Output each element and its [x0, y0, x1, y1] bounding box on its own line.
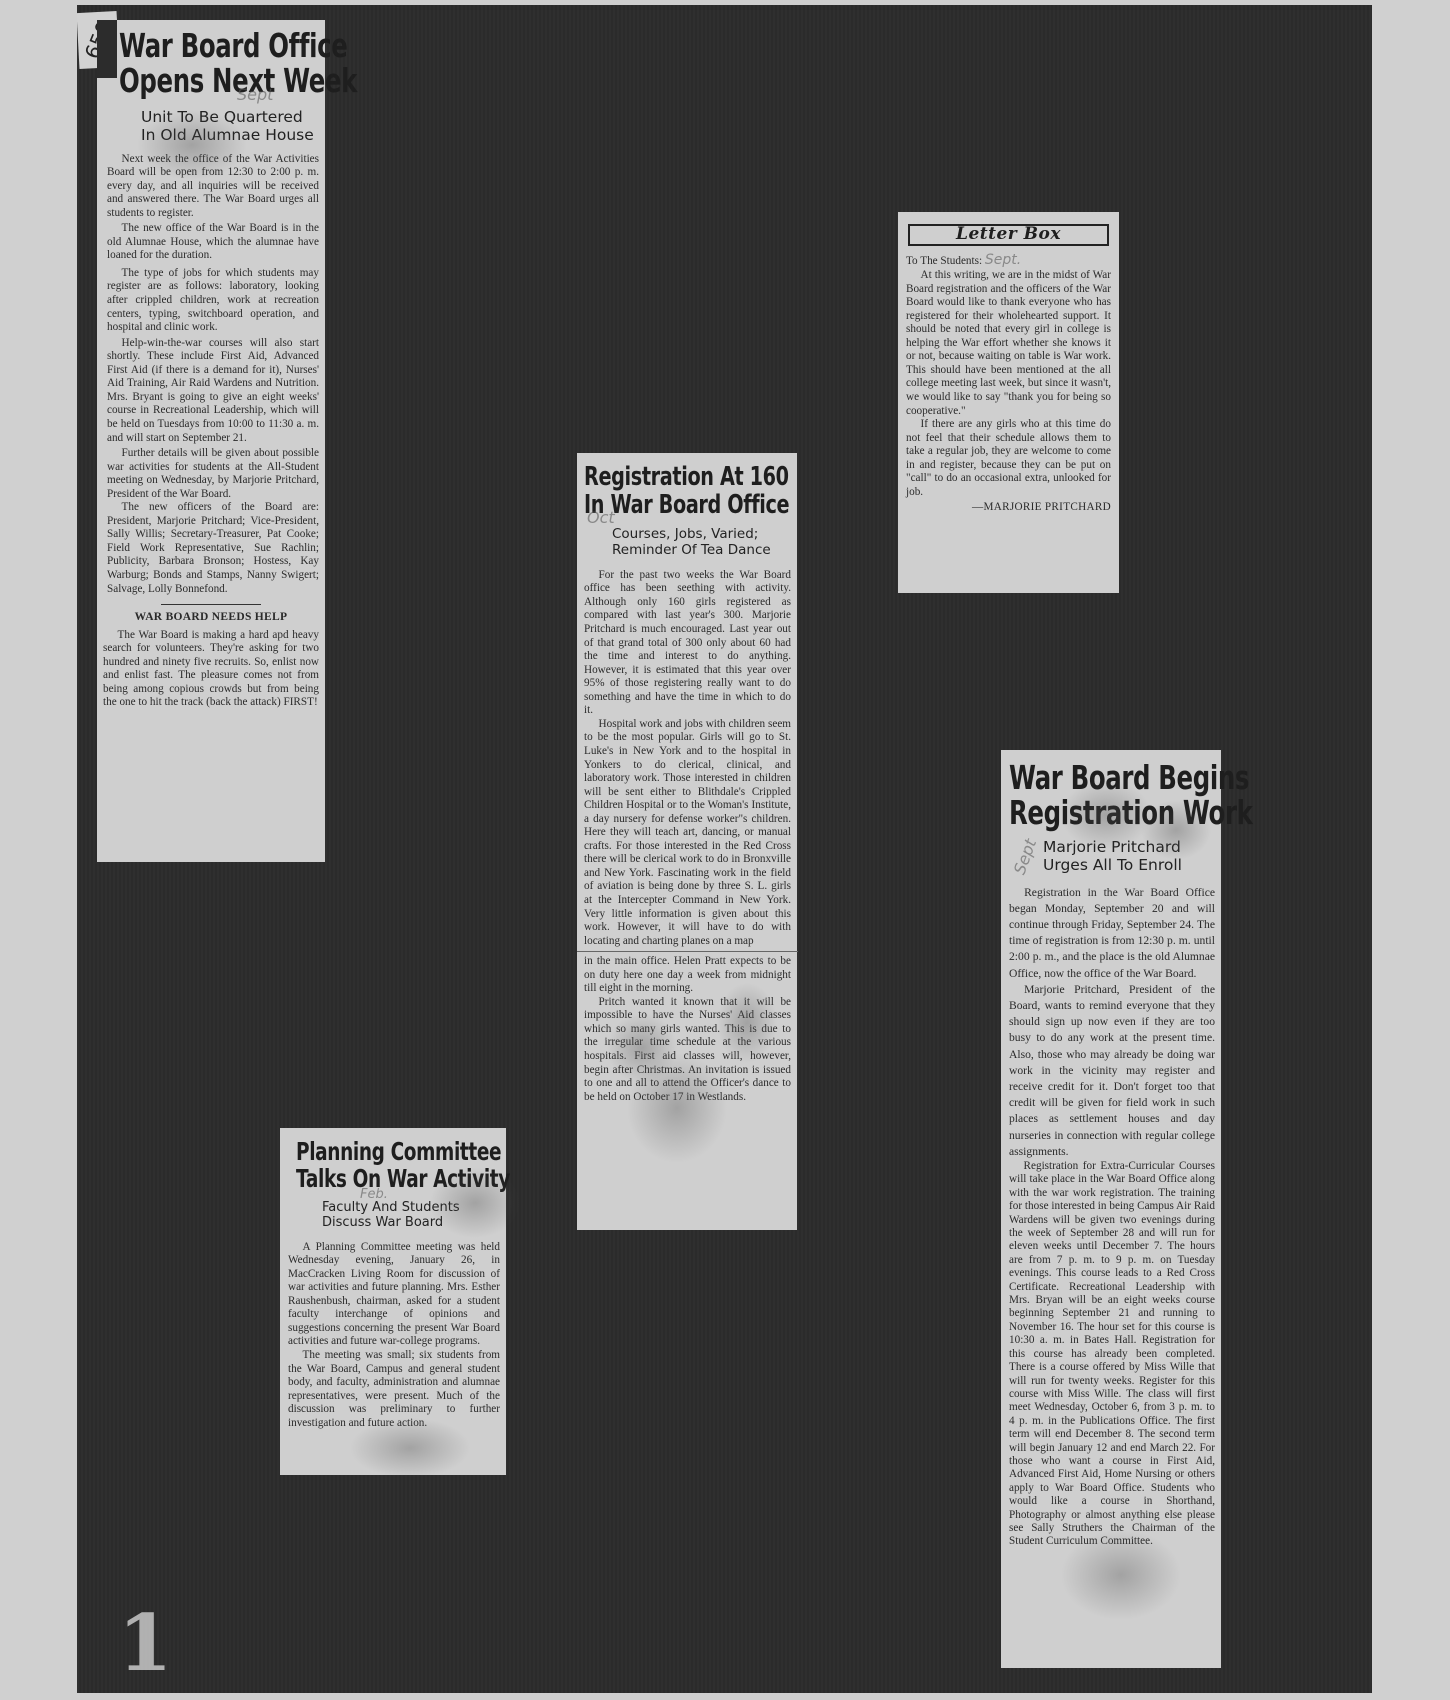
section-heading: WAR BOARD NEEDS HELP: [103, 611, 319, 625]
article-body: For the past two weeks the War Board off…: [584, 569, 791, 1104]
subhead-line-2: Urges All To Enroll: [1043, 856, 1215, 874]
subhead-line-2: Reminder Of Tea Dance: [612, 543, 791, 559]
paragraph: Hospital work and jobs with children see…: [584, 718, 791, 948]
paragraph: The War Board is making a hard apd heavy…: [103, 629, 319, 710]
paragraph: The type of jobs for which students may …: [107, 267, 319, 335]
paragraph: If there are any girls who at this time …: [906, 418, 1111, 499]
paragraph: Pritch wanted it known that it will be i…: [584, 996, 791, 1104]
headline-line-1: Registration At 160: [584, 463, 737, 491]
headline-line-2: Opens Next Week: [119, 63, 267, 98]
paragraph: Marjorie Pritchard, President of the Boa…: [1009, 982, 1215, 1160]
paragraph: in the main office. Helen Pratt expects …: [584, 955, 791, 996]
headline-line-1: War Board Office: [119, 28, 267, 63]
page-number: 1: [118, 1605, 172, 1683]
headline-line-1: War Board Begins: [1009, 760, 1161, 795]
headline-line-2: In War Board Office: [584, 491, 737, 519]
subhead-line-1: Faculty And Students: [322, 1200, 500, 1215]
paragraph: The new office of the War Board is in th…: [107, 222, 319, 263]
subhead-line-1: Unit To Be Quartered: [141, 108, 319, 126]
clipping-war-board-office-opens: War Board Office Opens Next Week Sept Un…: [97, 20, 325, 862]
subhead: Unit To Be Quartered In Old Alumnae Hous…: [141, 108, 319, 145]
clipping-registration-at-160: Registration At 160 In War Board Office …: [577, 453, 797, 1230]
salutation-line: To The Students: Sept.: [906, 254, 1111, 269]
headline: Registration At 160 In War Board Office: [584, 463, 737, 519]
subhead: Marjorie Pritchard Urges All To Enroll: [1043, 838, 1215, 875]
subhead-line-1: Courses, Jobs, Varied;: [612, 527, 791, 543]
clipping-planning-committee: Planning Committee Talks On War Activity…: [280, 1128, 506, 1475]
subhead: Faculty And Students Discuss War Board: [322, 1200, 500, 1231]
paragraph: The meeting was small; six students from…: [288, 1349, 500, 1430]
paragraph: Next week the office of the War Activiti…: [107, 153, 319, 221]
handwritten-date-note: Sept.: [985, 252, 1021, 268]
headline-line-2: Talks On War Activity: [296, 1165, 447, 1192]
paragraph: Registration in the War Board Office beg…: [1009, 885, 1215, 982]
headline-line-1: Planning Committee: [296, 1138, 447, 1165]
paragraph: The new officers of the Board are: Presi…: [107, 501, 319, 596]
salutation: To The Students:: [906, 255, 982, 267]
clipping-letter-box: Letter Box To The Students: Sept. At thi…: [898, 212, 1119, 593]
paragraph: Registration for Extra-Curricular Course…: [1009, 1160, 1215, 1549]
divider-rule: [161, 604, 261, 605]
clipping-war-board-begins-registration: War Board Begins Registration Work Sept …: [1001, 750, 1221, 1668]
headline: War Board Begins Registration Work: [1009, 760, 1161, 830]
headline: War Board Office Opens Next Week: [119, 28, 267, 98]
subhead-line-2: Discuss War Board: [322, 1215, 500, 1230]
handwritten-date-note: Sept: [1013, 837, 1038, 876]
article-body: Registration in the War Board Office beg…: [1009, 885, 1215, 1160]
paragraph: Further details will be given about poss…: [107, 447, 319, 501]
paragraph: At this writing, we are in the midst of …: [906, 269, 1111, 418]
headline-line-2: Registration Work: [1009, 795, 1161, 830]
paragraph: For the past two weeks the War Board off…: [584, 569, 791, 718]
letter-box-title: Letter Box: [908, 224, 1109, 246]
paragraph: A Planning Committee meeting was held We…: [288, 1241, 500, 1349]
subhead-line-2: In Old Alumnae House: [141, 126, 319, 144]
subhead: Courses, Jobs, Varied; Reminder Of Tea D…: [612, 527, 791, 559]
signature: —MARJORIE PRITCHARD: [906, 501, 1111, 515]
paragraph: Help-win-the-war courses will also start…: [107, 337, 319, 445]
headline: Planning Committee Talks On War Activity: [296, 1138, 447, 1192]
subhead-line-1: Marjorie Pritchard: [1043, 838, 1215, 856]
article-body: Next week the office of the War Activiti…: [103, 153, 319, 597]
